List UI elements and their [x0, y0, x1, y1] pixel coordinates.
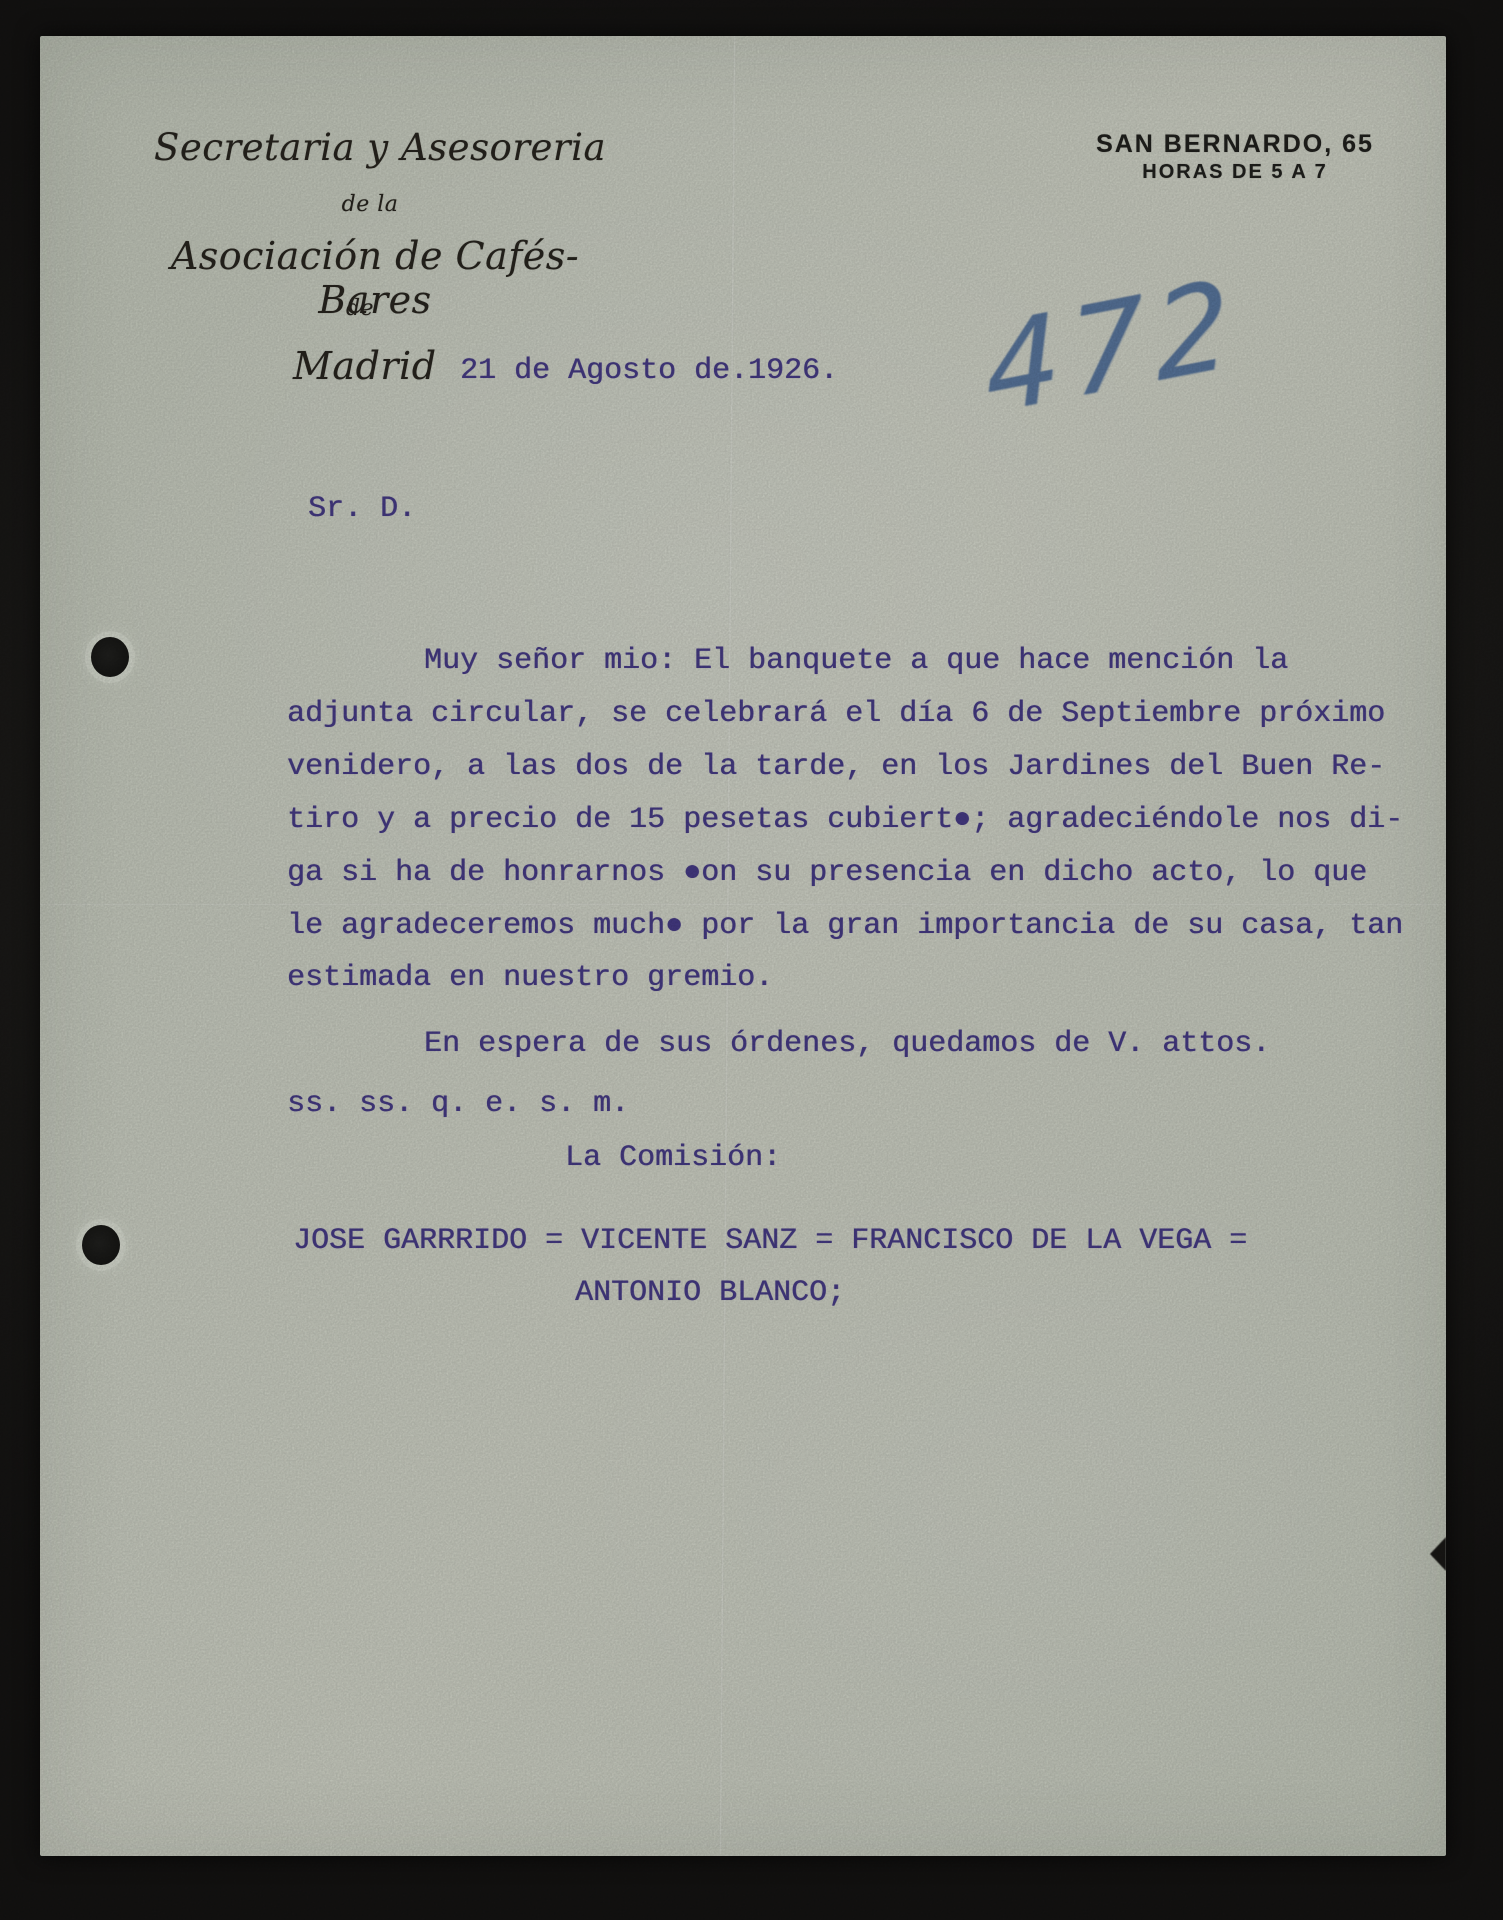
punch-hole-top — [91, 637, 129, 677]
typed-date-line: 21 de Agosto de.1926. — [460, 356, 838, 386]
letterhead-de: de — [120, 296, 600, 321]
letterhead-de-la: de la — [130, 192, 610, 217]
letterhead-secretaria-line: Secretaria y Asesoreria — [130, 126, 630, 169]
address-hours-line: HORAS DE 5 A 7 — [1090, 161, 1380, 184]
signature-line: JOSE GARRRIDO = VICENTE SANZ = FRANCISCO… — [293, 1226, 1247, 1256]
salutation: Sr. D. — [308, 494, 416, 524]
scan-background: Secretaria y Asesoreria de la Asociación… — [0, 0, 1503, 1920]
body-line: estimada en nuestro gremio. — [287, 963, 773, 993]
address-street-line: SAN BERNARDO, 65 — [1090, 130, 1380, 159]
body-line: tiro y a precio de 15 pesetas cubiert●; … — [287, 805, 1403, 835]
body-line: adjunta circular, se celebrará el día 6 … — [287, 699, 1385, 729]
closing-line: En espera de sus órdenes, quedamos de V.… — [424, 1029, 1270, 1059]
punch-hole-bottom — [82, 1225, 120, 1265]
letterhead-city-madrid: Madrid — [293, 344, 437, 388]
closing-line: La Comisión: — [565, 1143, 781, 1173]
fold-crease-horizontal — [40, 903, 1446, 906]
body-line: venidero, a las dos de la tarde, en los … — [287, 752, 1385, 782]
body-line: le agradeceremos much● por la gran impor… — [287, 911, 1403, 941]
closing-line: ss. ss. q. e. s. m. — [287, 1089, 629, 1119]
body-line: Muy señor mio: El banquete a que hace me… — [424, 646, 1288, 676]
signature-line: ANTONIO BLANCO; — [575, 1278, 845, 1308]
paper-tear-notch — [1430, 1537, 1446, 1571]
body-line: ga si ha de honrarnos ●on su presencia e… — [287, 858, 1367, 888]
